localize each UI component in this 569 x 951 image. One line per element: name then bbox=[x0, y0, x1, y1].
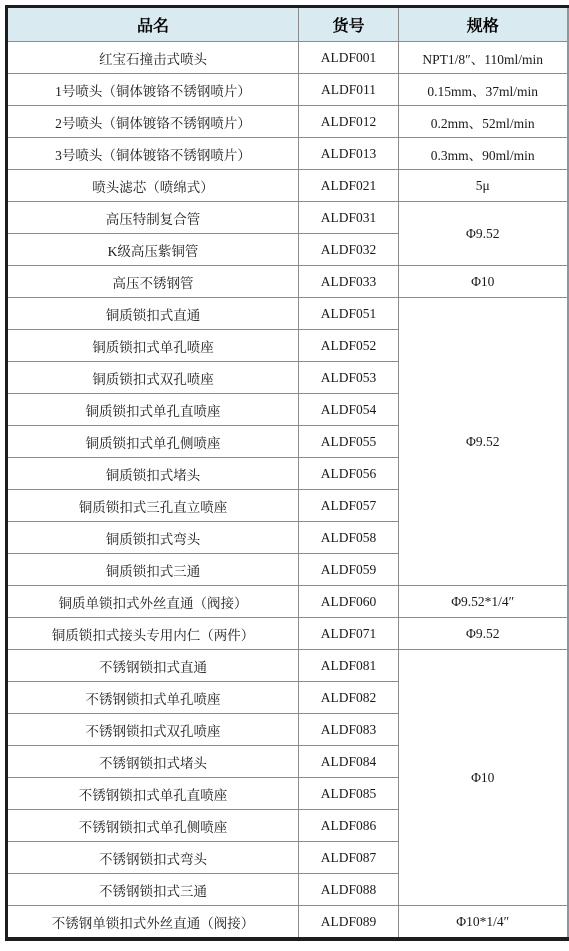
item-code-cell: ALDF083 bbox=[299, 714, 399, 746]
product-name-cell: 铜质锁扣式三通 bbox=[7, 554, 299, 586]
product-name-cell: 1号喷头（铜体镀铬不锈钢喷片） bbox=[7, 74, 299, 106]
item-code-cell: ALDF001 bbox=[299, 42, 399, 74]
item-code-cell: ALDF013 bbox=[299, 138, 399, 170]
item-code-cell: ALDF053 bbox=[299, 362, 399, 394]
item-code-cell: ALDF055 bbox=[299, 426, 399, 458]
spec-cell: NPT1/8″、110ml/min bbox=[399, 42, 568, 74]
product-name-cell: K级高压紫铜管 bbox=[7, 234, 299, 266]
spec-cell: Φ9.52 bbox=[399, 202, 568, 266]
product-name-cell: 高压特制复合管 bbox=[7, 202, 299, 234]
table-row: 铜质单锁扣式外丝直通（阀接） ALDF060 Φ9.52*1/4″ bbox=[7, 586, 568, 618]
spec-cell: Φ9.52*1/4″ bbox=[399, 586, 568, 618]
item-code-cell: ALDF032 bbox=[299, 234, 399, 266]
item-code-cell: ALDF059 bbox=[299, 554, 399, 586]
table-row: 不锈钢锁扣式直通 ALDF081 Φ10 bbox=[7, 650, 568, 682]
table-row: 3号喷头（铜体镀铬不锈钢喷片） ALDF013 0.3mm、90ml/min bbox=[7, 138, 568, 170]
table-row: 铜质锁扣式直通 ALDF051 Φ9.52 bbox=[7, 298, 568, 330]
item-code-cell: ALDF056 bbox=[299, 458, 399, 490]
spec-cell: 0.2mm、52ml/min bbox=[399, 106, 568, 138]
item-code-cell: ALDF021 bbox=[299, 170, 399, 202]
spec-cell: 0.3mm、90ml/min bbox=[399, 138, 568, 170]
item-code-cell: ALDF082 bbox=[299, 682, 399, 714]
product-name-cell: 不锈钢锁扣式双孔喷座 bbox=[7, 714, 299, 746]
spec-cell: Φ9.52 bbox=[399, 298, 568, 586]
item-code-cell: ALDF057 bbox=[299, 490, 399, 522]
item-code-cell: ALDF011 bbox=[299, 74, 399, 106]
col-header-code: 货号 bbox=[299, 7, 399, 42]
table-row: 1号喷头（铜体镀铬不锈钢喷片） ALDF011 0.15mm、37ml/min bbox=[7, 74, 568, 106]
spec-cell: Φ10 bbox=[399, 650, 568, 906]
product-name-cell: 铜质锁扣式堵头 bbox=[7, 458, 299, 490]
item-code-cell: ALDF086 bbox=[299, 810, 399, 842]
product-name-cell: 不锈钢锁扣式堵头 bbox=[7, 746, 299, 778]
table-row: 喷头滤芯（喷绵式） ALDF021 5μ bbox=[7, 170, 568, 202]
product-name-cell: 铜质单锁扣式外丝直通（阀接） bbox=[7, 586, 299, 618]
spec-cell: 5μ bbox=[399, 170, 568, 202]
item-code-cell: ALDF052 bbox=[299, 330, 399, 362]
page: 品名 货号 规格 红宝石撞击式喷头 ALDF001 NPT1/8″、110ml/… bbox=[0, 0, 569, 951]
spec-cell: 0.15mm、37ml/min bbox=[399, 74, 568, 106]
header-row: 品名 货号 规格 bbox=[7, 7, 568, 42]
product-name-cell: 喷头滤芯（喷绵式） bbox=[7, 170, 299, 202]
table-row: 2号喷头（铜体镀铬不锈钢喷片） ALDF012 0.2mm、52ml/min bbox=[7, 106, 568, 138]
product-name-cell: 不锈钢锁扣式直通 bbox=[7, 650, 299, 682]
product-name-cell: 铜质锁扣式接头专用内仁（两件） bbox=[7, 618, 299, 650]
product-name-cell: 铜质锁扣式双孔喷座 bbox=[7, 362, 299, 394]
product-name-cell: 不锈钢锁扣式单孔侧喷座 bbox=[7, 810, 299, 842]
product-spec-table: 品名 货号 规格 红宝石撞击式喷头 ALDF001 NPT1/8″、110ml/… bbox=[5, 5, 569, 941]
product-name-cell: 铜质锁扣式直通 bbox=[7, 298, 299, 330]
item-code-cell: ALDF087 bbox=[299, 842, 399, 874]
item-code-cell: ALDF054 bbox=[299, 394, 399, 426]
item-code-cell: ALDF081 bbox=[299, 650, 399, 682]
item-code-cell: ALDF058 bbox=[299, 522, 399, 554]
product-name-cell: 红宝石撞击式喷头 bbox=[7, 42, 299, 74]
product-name-cell: 不锈钢单锁扣式外丝直通（阀接） bbox=[7, 906, 299, 940]
product-name-cell: 不锈钢锁扣式三通 bbox=[7, 874, 299, 906]
item-code-cell: ALDF071 bbox=[299, 618, 399, 650]
product-name-cell: 不锈钢锁扣式单孔直喷座 bbox=[7, 778, 299, 810]
product-name-cell: 2号喷头（铜体镀铬不锈钢喷片） bbox=[7, 106, 299, 138]
table-row: 高压不锈钢管 ALDF033 Φ10 bbox=[7, 266, 568, 298]
item-code-cell: ALDF060 bbox=[299, 586, 399, 618]
table-row: 铜质锁扣式接头专用内仁（两件） ALDF071 Φ9.52 bbox=[7, 618, 568, 650]
item-code-cell: ALDF033 bbox=[299, 266, 399, 298]
product-name-cell: 铜质锁扣式单孔喷座 bbox=[7, 330, 299, 362]
col-header-spec: 规格 bbox=[399, 7, 568, 42]
product-name-cell: 铜质锁扣式单孔侧喷座 bbox=[7, 426, 299, 458]
table-row: 不锈钢单锁扣式外丝直通（阀接） ALDF089 Φ10*1/4″ bbox=[7, 906, 568, 940]
item-code-cell: ALDF089 bbox=[299, 906, 399, 940]
item-code-cell: ALDF012 bbox=[299, 106, 399, 138]
product-name-cell: 铜质锁扣式单孔直喷座 bbox=[7, 394, 299, 426]
item-code-cell: ALDF088 bbox=[299, 874, 399, 906]
spec-cell: Φ10 bbox=[399, 266, 568, 298]
item-code-cell: ALDF085 bbox=[299, 778, 399, 810]
product-name-cell: 铜质锁扣式弯头 bbox=[7, 522, 299, 554]
item-code-cell: ALDF051 bbox=[299, 298, 399, 330]
product-name-cell: 铜质锁扣式三孔直立喷座 bbox=[7, 490, 299, 522]
table-row: 高压特制复合管 ALDF031 Φ9.52 bbox=[7, 202, 568, 234]
product-name-cell: 高压不锈钢管 bbox=[7, 266, 299, 298]
item-code-cell: ALDF031 bbox=[299, 202, 399, 234]
spec-cell: Φ9.52 bbox=[399, 618, 568, 650]
col-header-name: 品名 bbox=[7, 7, 299, 42]
spec-cell: Φ10*1/4″ bbox=[399, 906, 568, 940]
table-row: 红宝石撞击式喷头 ALDF001 NPT1/8″、110ml/min bbox=[7, 42, 568, 74]
product-name-cell: 不锈钢锁扣式弯头 bbox=[7, 842, 299, 874]
product-name-cell: 不锈钢锁扣式单孔喷座 bbox=[7, 682, 299, 714]
product-name-cell: 3号喷头（铜体镀铬不锈钢喷片） bbox=[7, 138, 299, 170]
item-code-cell: ALDF084 bbox=[299, 746, 399, 778]
